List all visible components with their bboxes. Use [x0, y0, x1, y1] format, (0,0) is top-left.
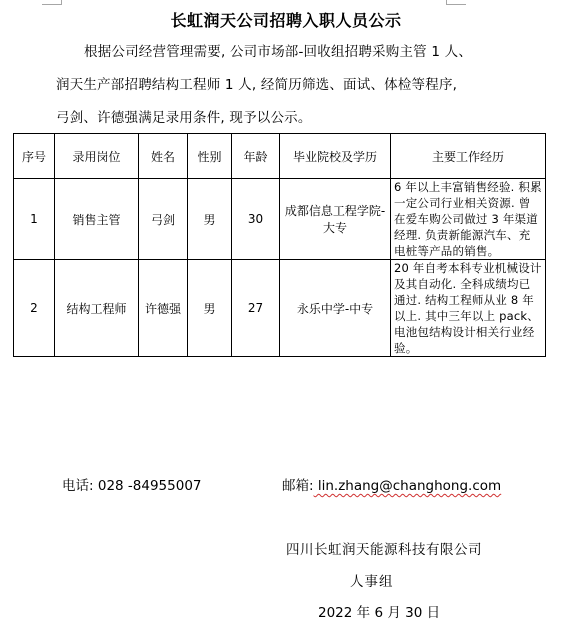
intro-paragraph-line-1: 根据公司经营管理需要, 公司市场部-回收组招聘采购主管 1 人、 — [84, 36, 524, 68]
signature-department: 人事组 — [350, 570, 394, 590]
header-age: 年龄 — [232, 134, 280, 179]
intro-paragraph-line-3: 弓剑、许德强满足录用条件, 现予以公示。 — [56, 102, 496, 134]
table-header-row: 序号 录用岗位 姓名 性别 年龄 毕业院校及学历 主要工作经历 — [14, 134, 546, 179]
email-value: lin.zhang@changhong.com — [314, 478, 502, 494]
document-page: 长虹润天公司招聘入职人员公示 根据公司经营管理需要, 公司市场部-回收组招聘采购… — [0, 0, 572, 636]
cell-experience: 20 年自考本科专业机械设计及其自动化. 全科成绩均已通过. 结构工程师从业 8… — [391, 260, 546, 357]
cell-education: 成都信息工程学院-大专 — [280, 179, 391, 260]
document-title: 长虹润天公司招聘入职人员公示 — [0, 8, 572, 31]
cell-position: 销售主管 — [55, 179, 139, 260]
signature-date: 2022 年 6 月 30 日 — [318, 601, 440, 621]
intro-paragraph-line-2: 润天生产部招聘结构工程师 1 人, 经简历筛选、面试、体检等程序, — [56, 69, 496, 101]
cell-index: 2 — [14, 260, 55, 357]
signature-company: 四川长虹润天能源科技有限公司 — [286, 538, 482, 558]
contact-email: 邮箱: lin.zhang@changhong.com — [282, 474, 501, 494]
header-experience: 主要工作经历 — [391, 134, 546, 179]
hire-table: 序号 录用岗位 姓名 性别 年龄 毕业院校及学历 主要工作经历 1 销售主管 弓… — [13, 133, 546, 357]
contact-phone: 电话: 028 -84955007 — [62, 474, 202, 494]
header-position: 录用岗位 — [55, 134, 139, 179]
table-row: 1 销售主管 弓剑 男 30 成都信息工程学院-大专 6 年以上丰富销售经验. … — [14, 179, 546, 260]
email-label: 邮箱: — [282, 478, 314, 494]
phone-label: 电话: — [62, 478, 94, 494]
cell-education: 永乐中学-中专 — [280, 260, 391, 357]
cell-index: 1 — [14, 179, 55, 260]
cell-age: 27 — [232, 260, 280, 357]
cell-name: 弓剑 — [139, 179, 188, 260]
cell-name: 许德强 — [139, 260, 188, 357]
cell-age: 30 — [232, 179, 280, 260]
header-name: 姓名 — [139, 134, 188, 179]
header-education: 毕业院校及学历 — [280, 134, 391, 179]
header-gender: 性别 — [188, 134, 232, 179]
table-row: 2 结构工程师 许德强 男 27 永乐中学-中专 20 年自考本科专业机械设计及… — [14, 260, 546, 357]
cell-experience: 6 年以上丰富销售经验. 积累一定公司行业相关资源. 曾在爱车购公司做过 3 年… — [391, 179, 546, 260]
cell-position: 结构工程师 — [55, 260, 139, 357]
cell-gender: 男 — [188, 260, 232, 357]
cell-gender: 男 — [188, 179, 232, 260]
page-corner-mark-top-left — [42, 0, 62, 5]
phone-value: 028 -84955007 — [94, 478, 202, 494]
header-index: 序号 — [14, 134, 55, 179]
page-corner-mark-top-right — [446, 0, 466, 5]
